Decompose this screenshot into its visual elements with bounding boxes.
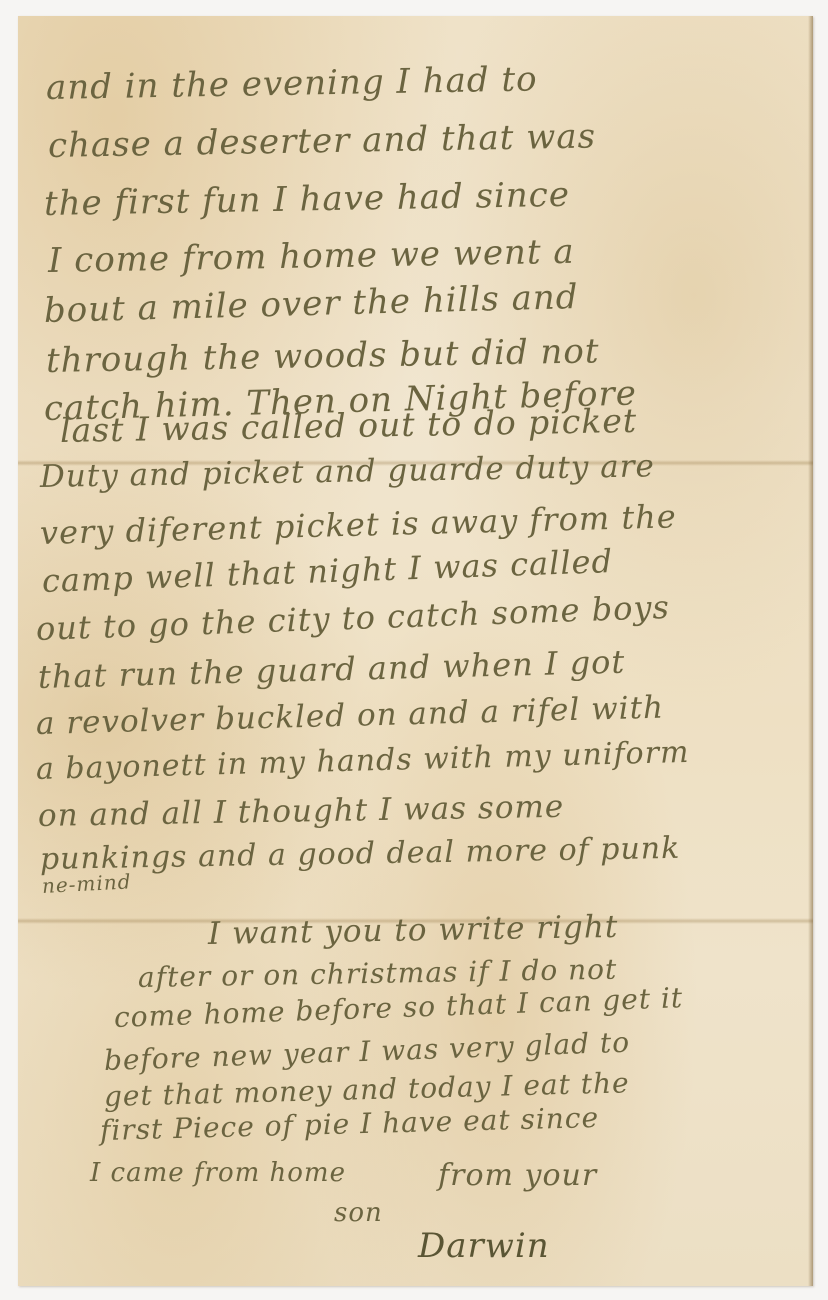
letter-line: on and all I thought I was some <box>38 789 565 834</box>
letter-line: camp well that night I was called <box>41 542 613 600</box>
letter-closing: son <box>334 1198 383 1228</box>
letter-line: ne-mind <box>41 869 132 898</box>
letter-line: a bayonett in my hands with my uniform <box>36 735 690 787</box>
letter-line: punkings and a good deal more of punk <box>40 831 681 877</box>
letter-line: I come from home we went a <box>48 232 575 281</box>
letter-line: I want you to write right <box>208 909 619 952</box>
signature: Darwin <box>418 1226 550 1266</box>
letter-line: I came from home <box>90 1158 346 1188</box>
letter-line: Duty and picket and guarde duty are <box>40 448 655 495</box>
letter-line: bout a mile over the hills and <box>43 277 579 331</box>
letter-line: the first fun I have had since <box>44 175 571 224</box>
letter-line: through the woods but did not <box>46 331 600 381</box>
letter-line: that run the guard and when I got <box>38 643 626 696</box>
letter-line: a revolver buckled on and a rifel with <box>36 690 665 742</box>
letter-closing: from your <box>438 1158 597 1193</box>
letter-line: and in the evening I had to <box>46 59 538 108</box>
letter-page: and in the evening I had to chase a dese… <box>18 16 813 1286</box>
letter-line: chase a deserter and that was <box>48 116 597 166</box>
